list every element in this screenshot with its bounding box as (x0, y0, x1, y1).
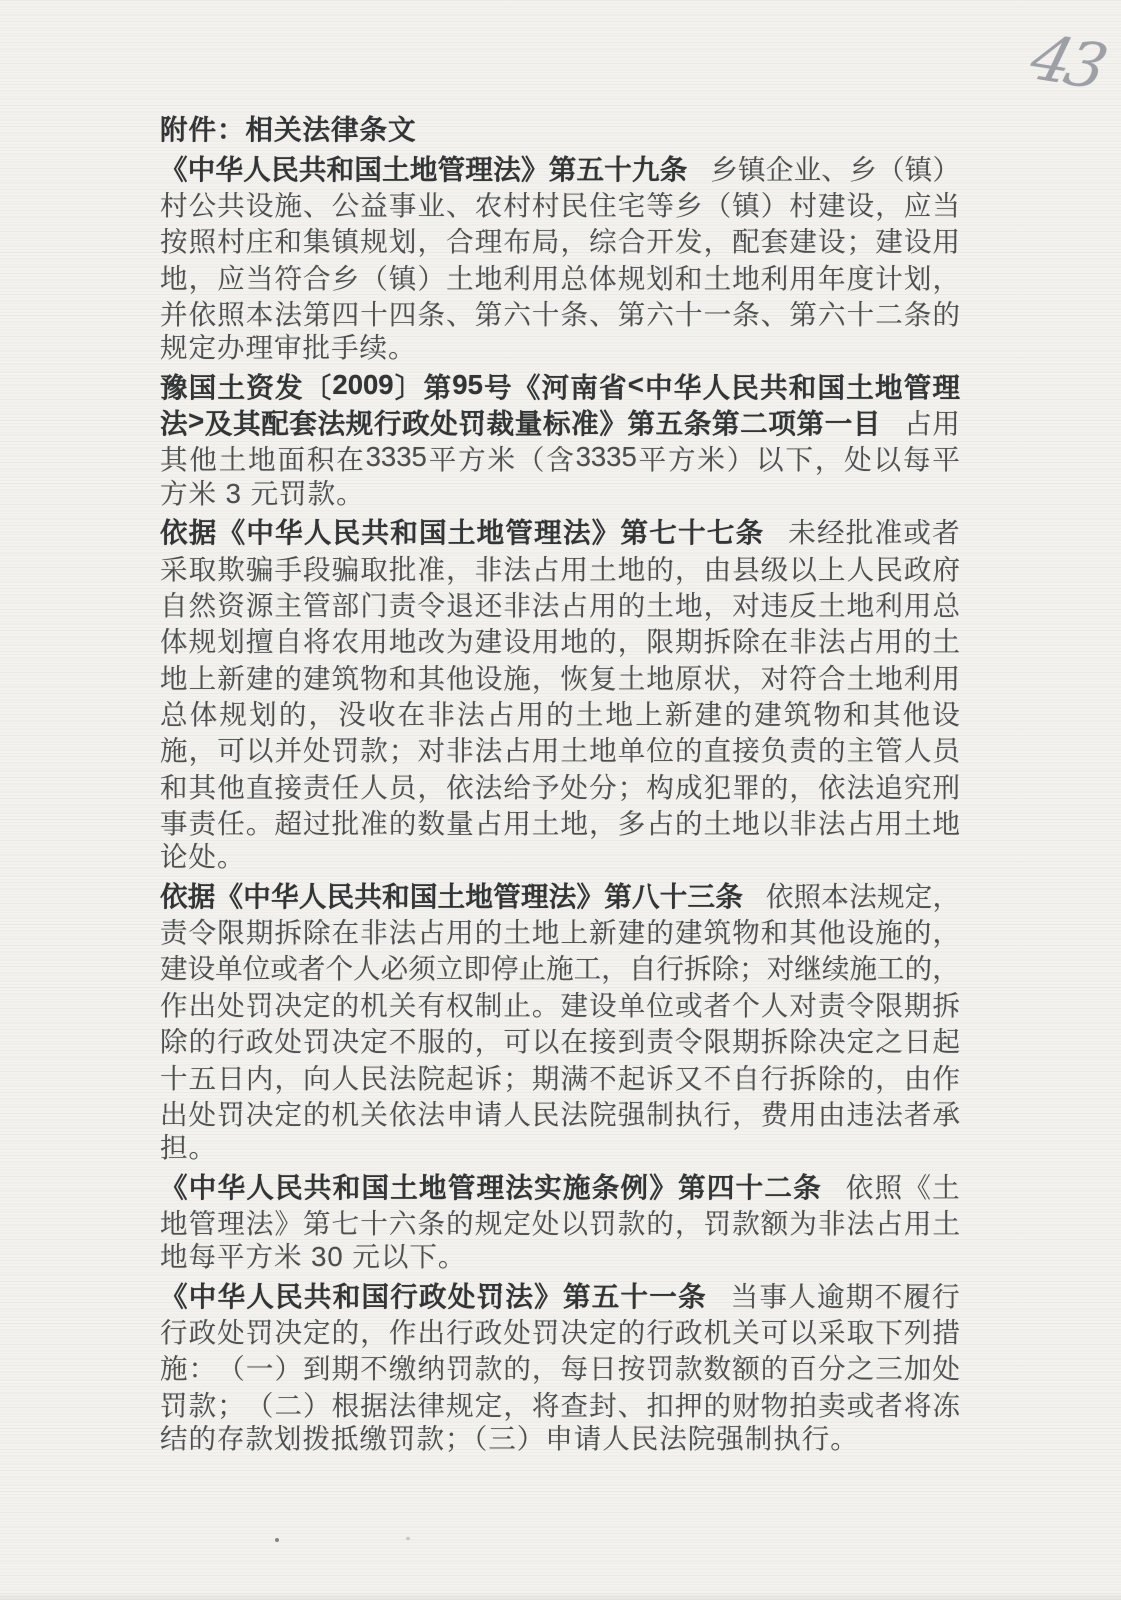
text-token: 其 (160, 437, 188, 477)
scan-noise-speck (406, 1537, 410, 1540)
text-token: 扣 (646, 1383, 674, 1423)
text-line: 附件：相关法律条文 (160, 112, 960, 148)
text-token: 工 (877, 946, 905, 986)
text-token: 院 (589, 1092, 617, 1132)
text-token: 处 (532, 1201, 560, 1241)
text-token: 建 (561, 983, 589, 1023)
text-token: 共 (760, 365, 788, 405)
text-token: 2009 (332, 369, 393, 401)
text-token: 为 (446, 619, 474, 659)
text-token: 日 (217, 1056, 245, 1096)
text-token: ， (789, 765, 817, 805)
text-token: 处 (274, 1019, 302, 1059)
text-token: 没 (338, 692, 366, 732)
text-token: 又 (675, 1056, 703, 1096)
text-token: 批 (846, 510, 874, 550)
text-token: 予 (532, 765, 560, 805)
text-token: 罚 (160, 1383, 188, 1423)
text-token: 利 (761, 256, 789, 296)
text-token: 当 (731, 1274, 759, 1314)
text-token: 》 (274, 1201, 302, 1241)
text-token: 法 (849, 874, 877, 914)
text-token: 国 (419, 510, 447, 550)
text-token: 行 (761, 1056, 789, 1096)
text-token: 国 (189, 365, 217, 405)
text-token: 的 (189, 1019, 217, 1059)
text-token: 位 (243, 946, 271, 986)
text-token: 其 (189, 765, 217, 805)
text-token: 或 (270, 946, 298, 986)
text-token: 的 (274, 656, 302, 696)
text-line: 除的行政处罚决定不服的，可以在接到责令限期拆除决定之日起 (160, 1021, 960, 1057)
text-token: 土 (704, 801, 732, 841)
text-token: 理 (477, 1165, 505, 1205)
text-token: 之 (847, 1346, 875, 1386)
text-token: ） (761, 183, 789, 223)
text-token: 四 (332, 292, 360, 332)
text-token: 的 (303, 1092, 331, 1132)
text-token: 对 (417, 728, 445, 768)
text-token: 米 (697, 437, 725, 477)
text-token: 发 (675, 219, 703, 259)
text-token: 行 (390, 1274, 418, 1314)
text-token: 民 (561, 183, 589, 223)
text-token: 土 (646, 583, 674, 623)
text-token: 追 (875, 765, 903, 805)
text-token: 接 (274, 765, 302, 805)
text-segment: 附件：相关法律条文 (160, 114, 417, 145)
text-token: 》 (521, 147, 549, 187)
text-token: 部 (332, 583, 360, 623)
text-line: 依据《中华人民共和国土地管理法》第七十七条未经批准或者 (160, 512, 960, 548)
text-token: 土 (561, 728, 589, 768)
text-token: 出 (189, 983, 217, 1023)
text-token: 事 (389, 183, 417, 223)
text-token: 村 (532, 183, 560, 223)
text-token: 当 (932, 183, 960, 223)
text-token: 用 (875, 801, 903, 841)
text-token: 每 (561, 1346, 589, 1386)
text-token: 者 (875, 1383, 903, 1423)
text-token: （ (877, 147, 905, 187)
text-token: 土 (618, 656, 646, 696)
text-token: 的 (932, 292, 960, 332)
text-token: 豫 (160, 365, 188, 405)
text-token: 将 (303, 619, 331, 659)
text-token: 日 (904, 1019, 932, 1059)
text-token: 限 (875, 983, 903, 1023)
text-token: 罚 (458, 401, 486, 441)
text-token: 布 (503, 219, 531, 259)
text-token: 行 (446, 1310, 474, 1350)
text-token: 95 (452, 369, 483, 401)
text-token: 者 (904, 1092, 932, 1132)
text-token: 的 (446, 1201, 474, 1241)
text-token: 以 (246, 728, 274, 768)
text-token: 物 (761, 1383, 789, 1423)
text-line: 依据《中华人民共和国土地管理法》第八十三条依照本法规定， (160, 876, 960, 912)
text-token: 号 (484, 365, 512, 405)
text-token: 的 (646, 910, 674, 950)
text-token: ， (475, 1019, 503, 1059)
text-token: 住 (589, 183, 617, 223)
text-token: 和 (160, 765, 188, 805)
text-token: 行 (217, 1019, 245, 1059)
text-token: 局 (532, 219, 560, 259)
text-token: 集 (303, 219, 331, 259)
text-segment: 论处。 (160, 841, 246, 872)
text-token: 处 (448, 1274, 476, 1314)
text-token: > (188, 405, 204, 437)
text-token: （ (360, 256, 388, 296)
text-token: 国 (361, 1274, 389, 1314)
text-token: 六 (389, 1201, 417, 1241)
text-token: 的 (618, 1310, 646, 1350)
text-token: 地 (475, 256, 503, 296)
text-token: 非 (789, 801, 817, 841)
text-token: 合 (818, 656, 846, 696)
text-token: 据 (189, 510, 217, 550)
text-token: 责 (389, 583, 417, 623)
text-token: 积 (307, 437, 335, 477)
text-token: 镇 (905, 147, 933, 187)
text-token: 共 (299, 147, 327, 187)
text-token: 不 (589, 1056, 617, 1096)
text-token: 款 (189, 1383, 217, 1423)
text-token: 者 (298, 946, 326, 986)
text-token: 、 (303, 183, 331, 223)
text-token: 法 (493, 147, 521, 187)
text-line: 事责任。超过批准的数量占用土地，多占的土地以非法占用土地 (160, 803, 960, 839)
text-token: 罚 (246, 1310, 274, 1350)
text-token: 筑 (704, 910, 732, 950)
text-token: 的 (589, 619, 617, 659)
text-token: 复 (589, 656, 617, 696)
text-token: 限 (646, 619, 674, 659)
text-token: 定 (303, 983, 331, 1023)
text-token: 管 (904, 365, 932, 405)
text-token: ， (932, 946, 960, 986)
paragraph: 《中华人民共和国土地管理法实施条例》第四十二条依照《土地管理法》第七十六条的规定… (160, 1166, 960, 1275)
text-token: 建 (618, 910, 646, 950)
text-token: 、 (618, 1383, 646, 1423)
text-token: 地 (606, 692, 634, 732)
text-token: 机 (704, 1310, 732, 1350)
text-token: 以 (532, 1019, 560, 1059)
text-token: 分 (589, 765, 617, 805)
text-token: 员 (389, 765, 417, 805)
text-token: 土 (576, 692, 604, 732)
text-token: 行 (704, 1092, 732, 1132)
text-token: 体 (160, 619, 188, 659)
text-token: 二 (875, 292, 903, 332)
text-token: 不 (389, 1019, 417, 1059)
text-token: 处 (844, 437, 872, 477)
text-token: 据 (360, 1383, 388, 1423)
text-token: 请 (475, 1092, 503, 1132)
text-token: 占 (487, 692, 515, 732)
text-token: 设 (503, 619, 531, 659)
text-token: 法 (246, 1201, 274, 1241)
text-token: 土 (217, 365, 245, 405)
text-token: 以 (761, 801, 789, 841)
text-token: 土 (438, 874, 466, 914)
text-token: 款 (675, 1346, 703, 1386)
text-token: 占 (904, 401, 932, 441)
text-token: ， (875, 183, 903, 223)
text-token: 加 (904, 1346, 932, 1386)
text-token: 恢 (561, 656, 589, 696)
text-token: 依 (160, 874, 188, 914)
text-token: 理 (932, 365, 960, 405)
text-token: 负 (761, 728, 789, 768)
text-token: 占 (417, 910, 445, 950)
text-token: 准 (875, 510, 903, 550)
text-token: 中 (246, 510, 274, 550)
text-token: 拆 (684, 946, 712, 986)
text-token: 法 (274, 292, 302, 332)
text-token: 人 (332, 1056, 360, 1096)
text-token: 由 (704, 547, 732, 587)
text-token: 期 (332, 1346, 360, 1386)
text-token: 准 (417, 547, 445, 587)
text-token: 款 (360, 728, 388, 768)
text-token: ） (727, 437, 755, 477)
text-token: 罚 (704, 1201, 732, 1241)
text-token: 例 (621, 1165, 649, 1205)
text-token: 由 (818, 1092, 846, 1132)
handwritten-page-number: 43 (1020, 8, 1121, 119)
text-token: 定 (847, 1019, 875, 1059)
text-token: ， (732, 656, 760, 696)
text-token: 的 (546, 692, 574, 732)
text-token: 处 (503, 1310, 531, 1350)
text-token: 上 (635, 692, 663, 732)
text-token: 十 (360, 292, 388, 332)
text-token: 依 (446, 765, 474, 805)
text-token: 上 (189, 656, 217, 696)
text-token: 非 (475, 547, 503, 587)
text-token: 自 (274, 619, 302, 659)
text-token: 费 (761, 1092, 789, 1132)
text-token: 拆 (274, 910, 302, 950)
text-token: 乡 (849, 147, 877, 187)
text-token: 或 (903, 510, 931, 550)
text-token: 资 (217, 583, 245, 623)
text-token: ） (303, 1383, 331, 1423)
text-token: 筑 (784, 692, 812, 732)
text-token: 对 (732, 583, 760, 623)
text-token: 和 (389, 656, 417, 696)
text-token: 级 (761, 547, 789, 587)
text-token: 和 (274, 219, 302, 259)
text-token: 《 (216, 874, 244, 914)
text-token: 采 (160, 547, 188, 587)
text-token: ， (618, 619, 646, 659)
text-token: 、 (589, 292, 617, 332)
text-segment: 结的存款划拨抵缴罚款；（三）申请人民法院强制执行。 (160, 1423, 859, 1454)
text-token: 的 (761, 765, 789, 805)
text-token: 退 (446, 583, 474, 623)
text-token: 用 (532, 256, 560, 296)
text-token: 平 (932, 437, 960, 477)
paragraph: 《中华人民共和国土地管理法》第五十九条乡镇企业、乡（镇）村公共设施、公益事业、农… (160, 148, 960, 366)
text-token: 土 (846, 365, 874, 405)
text-token: 依 (846, 1165, 874, 1205)
text-token: 除 (818, 1056, 846, 1096)
text-token: 拆 (761, 1019, 789, 1059)
text-token: 期 (246, 910, 274, 950)
text-token: 机 (332, 1092, 360, 1132)
text-token: 多 (618, 801, 646, 841)
text-token: 及 (205, 401, 233, 441)
text-token: 、 (821, 147, 849, 187)
text-token: 到 (618, 1019, 646, 1059)
text-token: 关 (732, 1310, 760, 1350)
text-token: 乡 (332, 256, 360, 296)
text-token: ： (189, 1346, 217, 1386)
text-token: 规 (877, 874, 905, 914)
text-token: 处 (561, 765, 589, 805)
text-token: 单 (618, 983, 646, 1023)
text-token: ） (417, 256, 445, 296)
text-token: 地 (561, 801, 589, 841)
text-token: 共 (361, 510, 389, 550)
text-token: 中 (645, 365, 673, 405)
text-token: 并 (274, 728, 302, 768)
text-token: 批 (332, 801, 360, 841)
text-token: 第 (618, 292, 646, 332)
text-token: 。 (246, 801, 274, 841)
text-token: 罚 (589, 1201, 617, 1241)
text-token: 的 (618, 583, 646, 623)
text-token: 内 (246, 1056, 274, 1096)
text-token: 收 (368, 692, 396, 732)
text-token: 责 (303, 765, 331, 805)
text-token: 非 (427, 692, 455, 732)
text-token: 五 (656, 401, 684, 441)
text-token: 的 (904, 619, 932, 659)
text-token: 依 (189, 292, 217, 332)
text-token: 施 (849, 946, 877, 986)
text-token: ， (675, 547, 703, 587)
text-token: 决 (274, 983, 302, 1023)
text-line: 《中华人民共和国土地管理法》第五十九条乡镇企业、乡（镇） (160, 148, 960, 184)
text-line: 地，应当符合乡（镇）土地利用总体规划和土地利用年度计划， (160, 257, 960, 293)
text-token: 设 (904, 219, 932, 259)
text-token: 政 (475, 1310, 503, 1350)
text-token: 一 (825, 401, 853, 441)
text-line: 担。 (160, 1130, 960, 1166)
text-line: 按照村庄和集镇规划，合理布局，综合开发，配套建设；建设用 (160, 221, 960, 257)
text-token: 执 (675, 1092, 703, 1132)
text-token: 共 (354, 874, 382, 914)
text-token: 配 (732, 219, 760, 259)
text-token: 十 (847, 292, 875, 332)
text-token: 占 (875, 1201, 903, 1241)
text-token: 违 (847, 1092, 875, 1132)
text-token: 罚 (332, 728, 360, 768)
text-token: 的 (818, 728, 846, 768)
text-token: 依 (160, 510, 188, 550)
text-token: 公 (189, 183, 217, 223)
text-line: 地上新建的建筑物和其他设施，恢复土地原状，对符合土地利用 (160, 657, 960, 693)
text-token: ， (589, 801, 617, 841)
text-token: 满 (561, 1056, 589, 1096)
text-token: 条 (592, 1165, 620, 1205)
text-line: 总体规划的，没收在非法占用的土地上新建的建筑物和其他设 (160, 694, 960, 730)
text-token: 土 (932, 1201, 960, 1241)
text-token: 第 (621, 510, 649, 550)
text-token: 不 (704, 1056, 732, 1096)
text-token: 民 (731, 365, 759, 405)
text-token: 裁 (487, 401, 515, 441)
text-token: 资 (246, 365, 274, 405)
text-token: 除 (732, 619, 760, 659)
text-token: 继 (794, 946, 822, 986)
text-token: 当 (246, 256, 274, 296)
text-token: 管 (189, 1201, 217, 1241)
text-token: 原 (675, 656, 703, 696)
text-token: 决 (818, 1019, 846, 1059)
text-token: 镇 (738, 147, 766, 187)
text-token: 行 (374, 401, 402, 441)
text-token: 土 (382, 147, 410, 187)
text-token: 管 (875, 728, 903, 768)
text-token: 每 (903, 437, 931, 477)
text-token: 三 (875, 1346, 903, 1386)
text-token: 民 (532, 1092, 560, 1132)
text-token: 罚 (446, 1346, 474, 1386)
text-token: 地 (248, 437, 276, 477)
text-token: 用 (904, 1201, 932, 1241)
text-token: 和 (333, 1274, 361, 1314)
text-token: 状 (704, 656, 732, 696)
text-token: 华 (216, 147, 244, 187)
text-token: 六 (818, 292, 846, 332)
text-token: 成 (675, 765, 703, 805)
text-token: 关 (360, 1092, 388, 1132)
text-token: 用 (789, 256, 817, 296)
text-token: 有 (417, 983, 445, 1023)
text-token: 七 (649, 510, 677, 550)
text-token: 新 (665, 692, 693, 732)
text-token: 、 (761, 292, 789, 332)
text-token: 法 (503, 547, 531, 587)
text-token: 条 (715, 874, 743, 914)
text-token: 规 (618, 256, 646, 296)
text-token: 措 (932, 1310, 960, 1350)
text-token: 法 (389, 910, 417, 950)
text-token: 地 (465, 874, 493, 914)
text-token: 人 (299, 874, 327, 914)
text-token: 法 (389, 1383, 417, 1423)
text-token: 除 (789, 1019, 817, 1059)
text-token: 二 (764, 1165, 792, 1205)
text-token: 期 (904, 983, 932, 1023)
text-token: 其 (873, 692, 901, 732)
text-token: 占 (847, 619, 875, 659)
text-token: 法 (563, 510, 591, 550)
text-token: 总 (160, 692, 188, 732)
text-token: 用 (932, 219, 960, 259)
text-token: 罚 (303, 1019, 331, 1059)
text-token: ， (189, 256, 217, 296)
text-token: 决 (246, 1092, 274, 1132)
text-token: 以 (561, 1201, 589, 1241)
text-token: ； (847, 219, 875, 259)
text-token: 十 (621, 1274, 649, 1314)
